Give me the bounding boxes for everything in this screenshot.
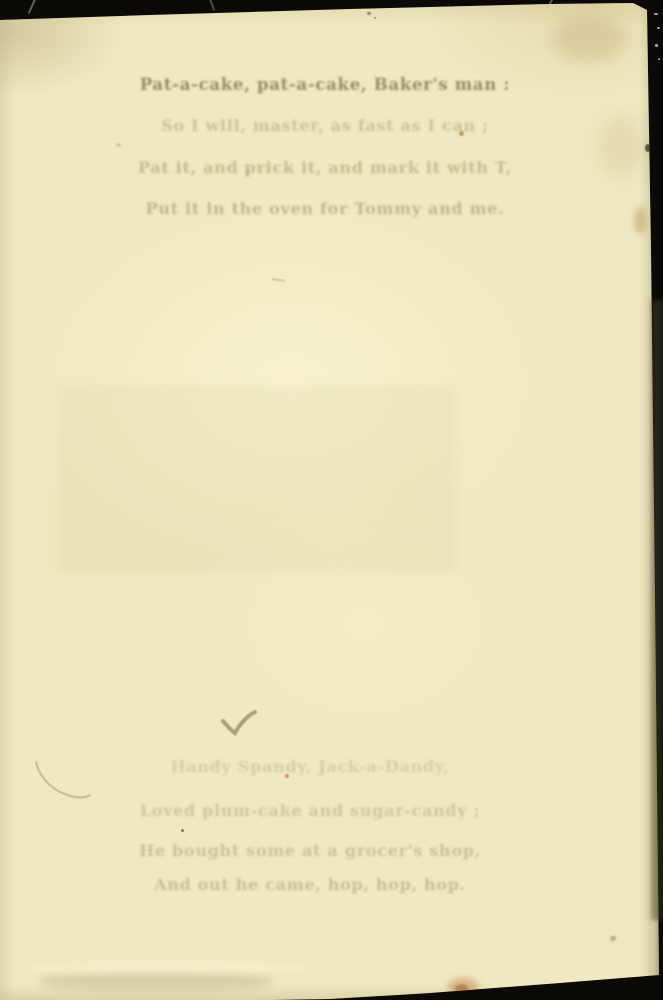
ghost-text-line: So I will, master, as fast as I can ;: [110, 116, 540, 135]
foxing-spot: [610, 936, 616, 941]
gutter-shadow: [651, 300, 663, 920]
stray-hair-mark: [30, 756, 96, 804]
edge-speck: [655, 44, 658, 47]
ghost-text-line: Put it in the oven for Tommy and me.: [110, 199, 540, 218]
foxing-spot: [374, 17, 376, 19]
foxing-spot: [459, 131, 464, 136]
edge-speck: [657, 27, 660, 29]
page-edge-notch: [645, 144, 651, 152]
scanned-book-page: Pat-a-cake, pat-a-cake, Baker's man : So…: [0, 0, 663, 1000]
ghost-text-line: Pat it, and prick it, and mark it with T…: [110, 158, 540, 177]
pencil-checkmark: [218, 708, 262, 740]
light-streak: [25, 961, 310, 974]
foxing-blotch: [598, 115, 644, 177]
ghost-text-line: Handy Spandy, Jack-a-Dandy,: [95, 757, 525, 776]
foxing-blotch: [552, 16, 626, 62]
illustration-showthrough: [60, 388, 454, 570]
edge-stain: [634, 207, 646, 234]
foxing-spot: [181, 829, 184, 832]
foxing-spot: [116, 143, 121, 147]
ghost-text-line: He bought some at a grocer's shop,: [95, 841, 525, 860]
scratch-mark: [28, 0, 36, 14]
foxing-spot: [367, 12, 371, 15]
scratch-mark: [209, 0, 215, 11]
paper-page: Pat-a-cake, pat-a-cake, Baker's man : So…: [0, 0, 663, 1000]
edge-speck: [654, 13, 658, 15]
scratch-mark: [272, 278, 285, 282]
ghost-text-line: Pat-a-cake, pat-a-cake, Baker's man :: [110, 75, 540, 94]
ghost-text-line: Loved plum-cake and sugar-candy ;: [95, 801, 525, 820]
smudge-band: [40, 973, 272, 990]
ghost-text-line: And out he came, hop, hop, hop.: [95, 875, 525, 894]
edge-speck: [658, 58, 660, 60]
foxing-spot: [245, 170, 249, 173]
rust-stain-core: [455, 984, 468, 993]
foxing-spot: [285, 774, 289, 778]
